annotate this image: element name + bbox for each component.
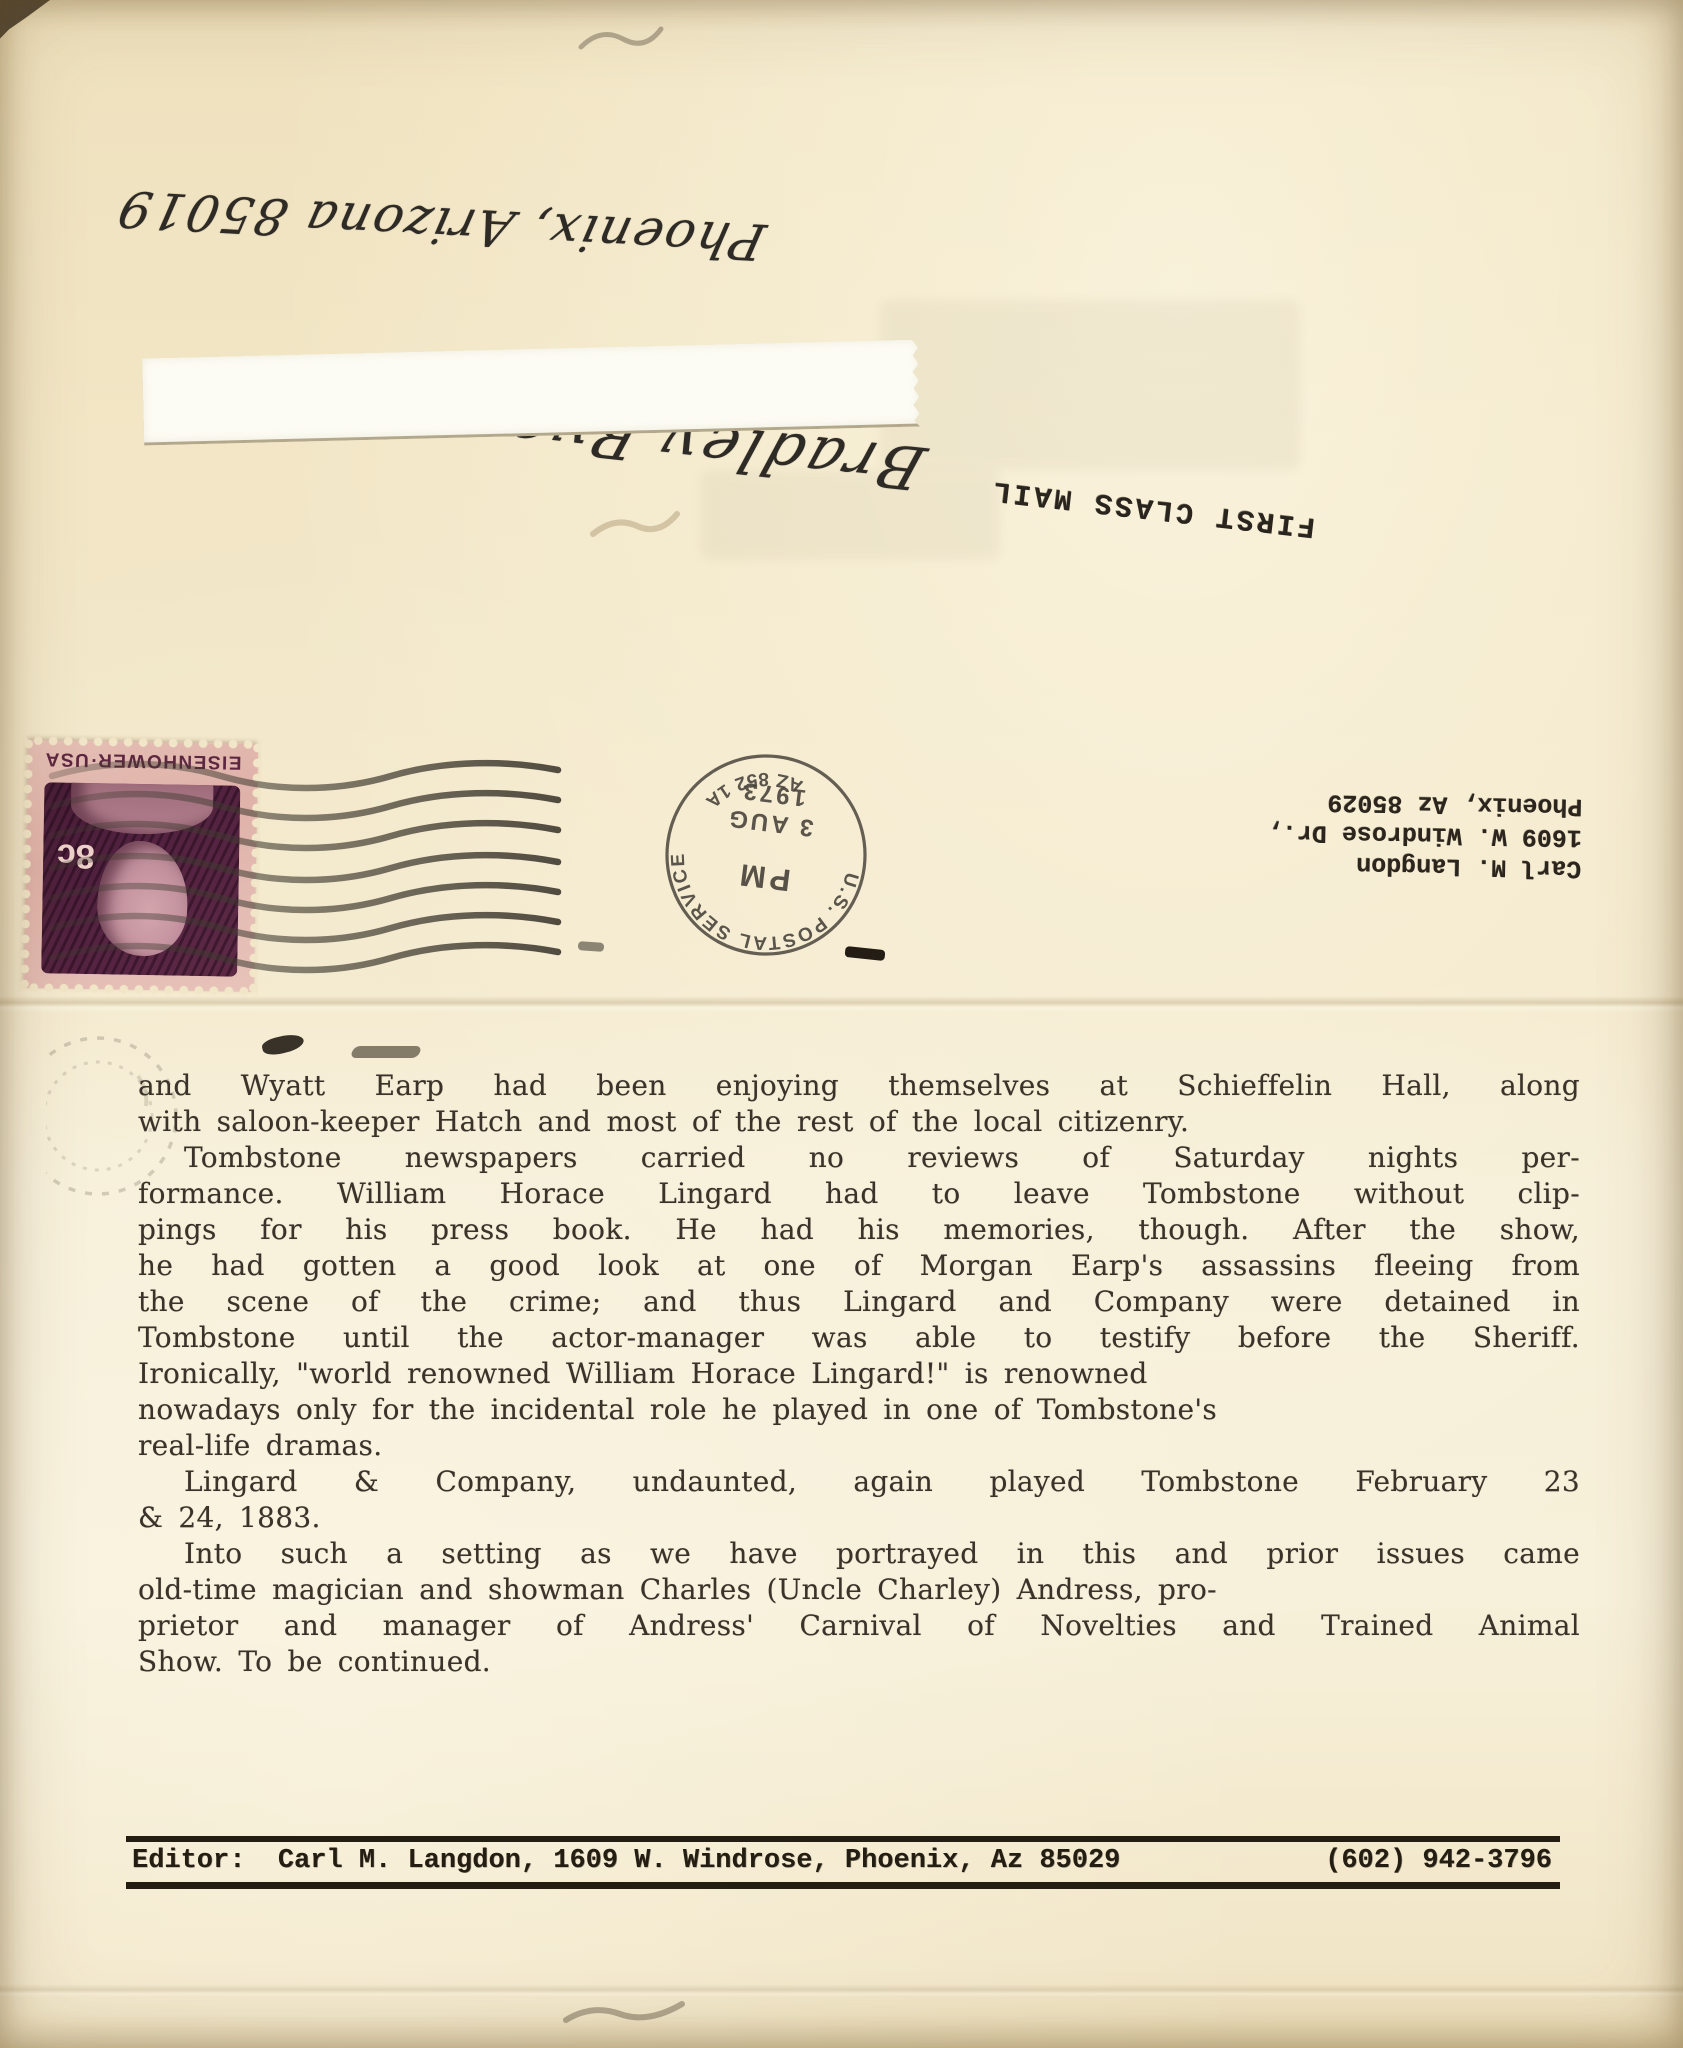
first-class-mail-marking: FIRST CLASS MAIL (987, 473, 1319, 543)
article-line: & 24, 1883. (138, 1500, 1580, 1536)
article-line: with saloon-keeper Hatch and most of the… (138, 1104, 1580, 1140)
article-line: formance. William Horace Lingard had to … (138, 1176, 1580, 1212)
return-address-line: 1609 W. Windrose Dr., (1232, 816, 1582, 853)
article-line: he had gotten a good look at one of Morg… (138, 1248, 1580, 1284)
return-address: Carl M. Langdon 1609 W. Windrose Dr., Ph… (1231, 785, 1583, 884)
ink-smudge (350, 1046, 422, 1058)
scanned-mailer-page: Phoenix, Arizona 85019 Bradley Ryan. FIR… (0, 0, 1683, 2048)
article-line: old-time magician and showman Charles (U… (138, 1572, 1580, 1608)
bottom-fold-squiggle (560, 1994, 690, 2034)
return-address-line: Carl M. Langdon (1231, 847, 1581, 884)
article-line: Tombstone newspapers carried no reviews … (138, 1140, 1580, 1176)
article-line: Tombstone until the actor-manager was ab… (138, 1320, 1580, 1356)
article-line: Show. To be continued. (138, 1644, 1580, 1680)
article-line: and Wyatt Earp had been enjoying themsel… (138, 1068, 1580, 1104)
ink-dash-mark (578, 941, 605, 952)
article-line: nowadays only for the incidental role he… (138, 1392, 1580, 1428)
mid-fold-squiggle (585, 500, 685, 550)
ink-smudge (261, 1031, 306, 1058)
article-line: pings for his press book. He had his mem… (138, 1212, 1580, 1248)
cancellation-wavy-lines (46, 756, 576, 986)
article-text: and Wyatt Earp had been enjoying themsel… (138, 1068, 1580, 1680)
paper-vignette (0, 0, 1683, 2048)
editor-info: Editor: Carl M. Langdon, 1609 W. Windros… (132, 1846, 1120, 1876)
fold-crease (0, 1984, 1683, 1997)
article-line: prietor and manager of Andress' Carnival… (138, 1608, 1580, 1644)
corner-ink-mark (0, 0, 50, 42)
handwritten-city-line: Phoenix, Arizona 85019 (82, 178, 800, 272)
article-line: the scene of the crime; and thus Lingard… (138, 1284, 1580, 1320)
postmark-dial: U.S. POSTAL SERVICE AZ 852 1A PM 3 AUG 1… (641, 730, 891, 980)
article-line: real-life dramas. (138, 1428, 1580, 1464)
editor-phone: (602) 942-3796 (1325, 1846, 1552, 1876)
stamp-perforation-edge (17, 736, 36, 992)
article-line: Lingard & Company, undaunted, again play… (138, 1464, 1580, 1500)
article-line: Into such a setting as we have portrayed… (138, 1536, 1580, 1572)
postmark-meridiem: PM (734, 857, 792, 898)
editor-footer: Editor: Carl M. Langdon, 1609 W. Windros… (126, 1836, 1560, 1889)
article-line: Ironically, "world renowned William Hora… (138, 1356, 1580, 1392)
top-fold-squiggle (575, 15, 667, 61)
